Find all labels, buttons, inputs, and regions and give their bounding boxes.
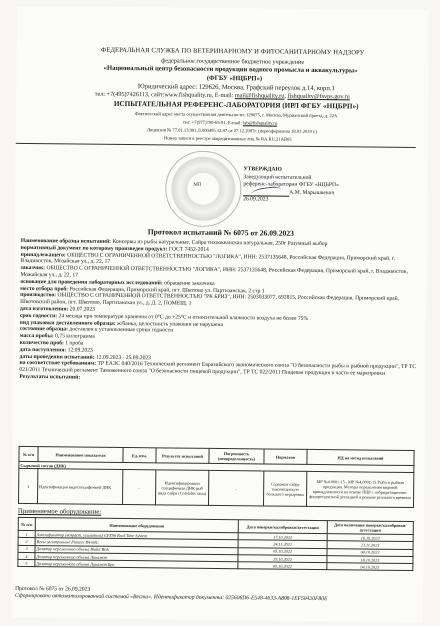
signature-icon bbox=[243, 190, 289, 197]
email-link-2[interactable]: fishquality@fsvps.gov.ru bbox=[287, 93, 349, 101]
header-divider bbox=[16, 143, 416, 148]
approval-block: УТВЕРЖДАЮ Заведующий испытательной рефер… bbox=[243, 166, 339, 205]
document-footer: Протокол № 6075 от 26.09.2023 Сформирова… bbox=[15, 586, 328, 603]
protocol-title: Протокол испытаний № 6075 от 26.09.2023 bbox=[15, 226, 427, 239]
equipment-table: № п/п Наименование оборудования Дата пов… bbox=[17, 517, 414, 572]
approval-date: 26.09.2023 bbox=[243, 197, 339, 206]
approval-signer: А.М. Марышкевич bbox=[289, 190, 334, 196]
table-row: 1 Идентификация видоспецифичной ДНК - Ид… bbox=[19, 468, 414, 507]
accreditation-number: Номер записи в реестре аккредитованных л… bbox=[22, 134, 434, 143]
email-link-1[interactable]: mail@fishquality.ru bbox=[235, 92, 285, 100]
contacts-text: тел: +7(495)7426113, сайт:www.fishqualit… bbox=[95, 91, 235, 99]
official-seal-icon bbox=[165, 150, 242, 227]
seal-label: МП bbox=[193, 183, 201, 188]
results-table: № п/п Наименование показателя Ед. изм. Р… bbox=[18, 446, 415, 508]
equipment-title: Применяемое оборудование: bbox=[18, 508, 101, 516]
lab-email-link[interactable]: lab@fishquality.ru bbox=[243, 120, 277, 125]
document-id: 025606D6-E548-4633-A808-1EF50420F80E bbox=[225, 595, 327, 602]
lab-title: ИСПЫТАТЕЛЬНАЯ РЕФЕРЕНС-ЛАБОРАТОРИЯ (ИРЛ … bbox=[30, 99, 440, 111]
lab-phone: тел: +7(977)700-69-91, E-mail: bbox=[183, 120, 243, 126]
protocol-document: ФЕДЕРАЛЬНАЯ СЛУЖБА ПО ВЕТЕРИНАРНОМУ И ФИ… bbox=[11, 6, 429, 622]
protocol-fields: Наименование образца испытаний: Консервы… bbox=[19, 238, 420, 385]
agency-name: ФЕДЕРАЛЬНАЯ СЛУЖБА ПО ВЕТЕРИНАРНОМУ И ФИ… bbox=[27, 46, 439, 57]
